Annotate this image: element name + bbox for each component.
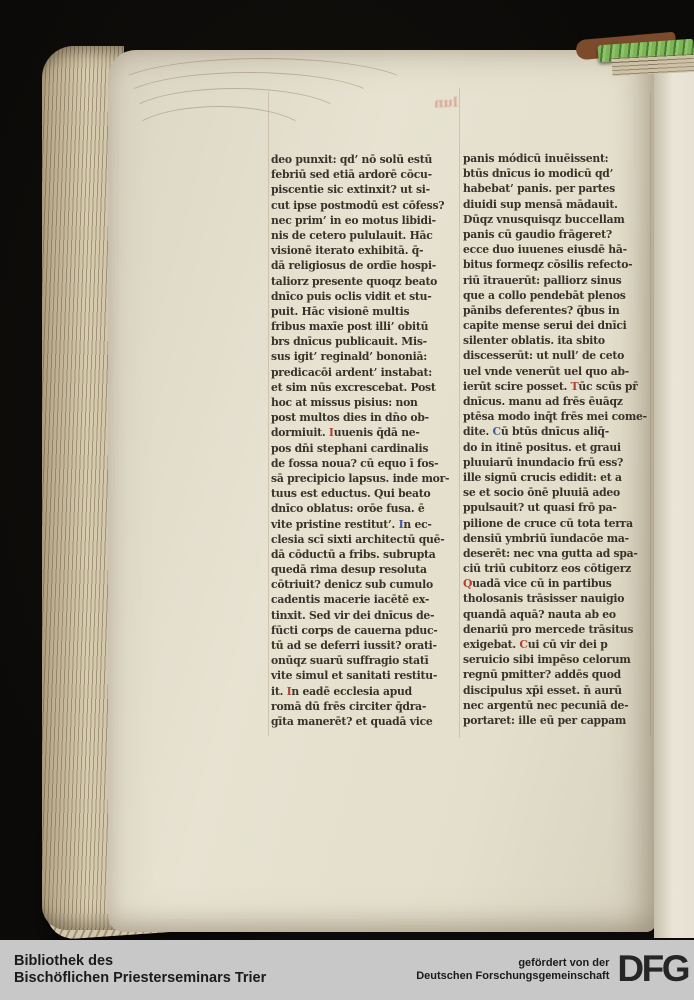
manuscript-text-line: denariū pro mercede trāsitus — [463, 622, 651, 637]
bleedthrough-mark: lun — [434, 96, 458, 112]
manuscript-text-line: cōtriuit? denicz sub cumulo — [271, 577, 457, 592]
library-credit-line1: Bibliothek des — [14, 953, 266, 971]
manuscript-text-line: se et socio ōnē pluuiā adeo — [463, 485, 651, 500]
manuscript-text-line: predicacōi ardent’ instabat: — [271, 365, 457, 380]
funding-credit-line1: gefördert von der — [416, 957, 609, 971]
dfg-logo: DFG — [617, 948, 694, 990]
manuscript-text-line: deo punxit: qd’ nō solū estū — [271, 152, 457, 167]
manuscript-text-line: cut ipse postmodū est cōfess? — [271, 198, 457, 213]
manuscript-text-line: tuus est eductus. Qui beato — [271, 486, 457, 501]
manuscript-text-line: dnīco puis oclis vidit et stu- — [271, 289, 457, 304]
manuscript-text-line: ille signū crucis edidit: et a — [463, 470, 651, 485]
manuscript-text-line: panis cū gaudio frāgeret? — [463, 227, 651, 242]
manuscript-text-line: ecce duo iuuenes eiusdē hā- — [463, 242, 651, 257]
funding-credit-line2: Deutschen Forschungsgemeinschaft — [416, 970, 609, 984]
manuscript-text-line: pilione de cruce cū tota terra — [463, 516, 651, 531]
manuscript-text-line: de fossa noua? cū equo ī fos- — [271, 456, 457, 471]
manuscript-text-line: bitus formeqz cōsilis refecto- — [463, 257, 651, 272]
manuscript-text-line: tinxit. Sed vir dei dnīcus de- — [271, 608, 457, 623]
manuscript-text-line: tū ad se deferri iussit? orati- — [271, 638, 457, 653]
manuscript-text-line: silenter oblatis. ita sbito — [463, 333, 651, 348]
manuscript-text-line: Quadā vice cū in partibus — [463, 576, 651, 591]
manuscript-text-line: quandā aquā? nauta ab eo — [463, 607, 651, 622]
manuscript-text-line: ptēsa modo inq̄t frēs mei come- — [463, 409, 651, 424]
library-credit-line2: Bischöflichen Priesterseminars Trier — [14, 970, 266, 988]
manuscript-text-line: quedā rima desup resoluta — [271, 562, 457, 577]
manuscript-text-line: panis módicū inuēissent: — [463, 151, 651, 166]
manuscript-text-line: ierūt scire posset. Tūc scūs pr̄ — [463, 379, 651, 394]
manuscript-text-line: febriū sed etiā ardorē cōcu- — [271, 167, 457, 182]
manuscript-text-line: uel vnde venerūt uel quo ab- — [463, 364, 651, 379]
ruling-line-center — [459, 88, 460, 738]
manuscript-text-line: pos dn̄i stephani cardinalis — [271, 441, 457, 456]
manuscript-text-line: nec argentū nec pecuniā de- — [463, 698, 651, 713]
manuscript-text-line: dnīcus. manu ad frēs ēuāqz — [463, 394, 651, 409]
manuscript-text-line: regnū pmitter? addēs quod — [463, 667, 651, 682]
facing-page-edge — [654, 54, 694, 938]
manuscript-text-line: puit. Hāc visionē multis — [271, 304, 457, 319]
manuscript-text-line: Dūqz vnusquisqz buccellam — [463, 212, 651, 227]
manuscript-text-line: que a collo pendebāt plenos — [463, 288, 651, 303]
manuscript-text-line: cadentis macerie iacētē ex- — [271, 592, 457, 607]
manuscript-text-line: portaret: ille eū per cappam — [463, 713, 651, 728]
manuscript-text-line: btūs dnīcus io modicū qd’ — [463, 166, 651, 181]
manuscript-text-line: dormiuit. Iuuenis q̄dā ne- — [271, 425, 457, 440]
manuscript-text-line: ciū triū cubitorz eos cōtigerz — [463, 561, 651, 576]
library-credit: Bibliothek des Bischöflichen Priestersem… — [0, 953, 266, 988]
manuscript-text-line: et sim nūs excrescebat. Post — [271, 380, 457, 395]
funding-credit: gefördert von der Deutschen Forschungsge… — [416, 957, 617, 984]
manuscript-text-line: vite pristine restitut’. In ec- — [271, 517, 457, 532]
manuscript-text-line: onūqz suarū suffragio statī — [271, 653, 457, 668]
manuscript-text-line: dite. Cū btūs dnīcus aliq̄- — [463, 424, 651, 439]
manuscript-text-line: fribus maxīe post illi’ obitū — [271, 319, 457, 334]
manuscript-text-line: capite mense serui dei dnīci — [463, 318, 651, 333]
manuscript-text-line: visionē iterato exhibitā. q̄- — [271, 243, 457, 258]
manuscript-text-line: piscentie sic extinxit? ut si- — [271, 182, 457, 197]
manuscript-text-line: ppulsauit? ut quasi frō pa- — [463, 500, 651, 515]
manuscript-text-line: riū ītrauerūt: palliorz sinus — [463, 273, 651, 288]
manuscript-text-line: vite simul et sanitati restitu- — [271, 668, 457, 683]
manuscript-text-line: gīta manerēt? et quadā vice — [271, 714, 457, 729]
manuscript-text-line: fūcti corps de cauerna pduc- — [271, 623, 457, 638]
manuscript-text-line: exigebat. Cui cū vir dei p — [463, 637, 651, 652]
manuscript-text-line: do in itinē positus. et graui — [463, 440, 651, 455]
manuscript-text-line: densiū ymbriū īundacōe ma- — [463, 531, 651, 546]
manuscript-text-line: sā precipicio lapsus. inde mor- — [271, 471, 457, 486]
manuscript-text-line: tholosanis trāsisser nauigio — [463, 591, 651, 606]
manuscript-text-line: deserēt: nec vna gutta ad spa- — [463, 546, 651, 561]
manuscript-text-line: dā cōductū a fribs. subrupta — [271, 547, 457, 562]
manuscript-text-line: hoc at missus pisius: non — [271, 395, 457, 410]
manuscript-text-line: taliorz presente quoqz beato — [271, 274, 457, 289]
footer-banner: Bibliothek des Bischöflichen Priestersem… — [0, 940, 694, 1000]
manuscript-text-line: discipulus xp̄i esset. n̄ aurū — [463, 683, 651, 698]
manuscript-text-line: it. In eadē ecclesia apud — [271, 684, 457, 699]
photo-background: lun deo punxit: qd’ nō solū estūfebriū s… — [0, 0, 694, 1000]
manuscript-text-line: nis de cetero pululauit. Hāc — [271, 228, 457, 243]
text-column-left: deo punxit: qd’ nō solū estūfebriū sed e… — [271, 152, 457, 729]
manuscript-text-line: dnīco oblatus: orōe fusa. ē — [271, 501, 457, 516]
manuscript-text-line: seruicio sibi impēso celorum — [463, 652, 651, 667]
manuscript-text-line: sus igit’ reginald’ bononiā: — [271, 349, 457, 364]
manuscript-text-line: dā religiosus de ordīe hospi- — [271, 258, 457, 273]
manuscript-text-line: diuidi sup mensā mādauit. — [463, 197, 651, 212]
manuscript-text-line: pluuiarū inundacio frū ess? — [463, 455, 651, 470]
manuscript-text-line: nec prim’ in eo motus libidi- — [271, 213, 457, 228]
manuscript-text-line: clesia scī sixti architectū quē- — [271, 532, 457, 547]
manuscript-text-line: pānibs deferentes? q̄bus in — [463, 303, 651, 318]
manuscript-text-line: habebat’ panis. per partes — [463, 181, 651, 196]
manuscript-text-line: post multos dies in dn̄o ob- — [271, 410, 457, 425]
ruling-line-left — [268, 92, 269, 736]
text-column-right: panis módicū inuēissent:btūs dnīcus io m… — [463, 151, 651, 728]
manuscript-text-line: brs dnīcus publicauit. Mis- — [271, 334, 457, 349]
manuscript-text-line: romā dū frēs circiter q̄dra- — [271, 699, 457, 714]
manuscript-text-line: discesserūt: ut null’ de ceto — [463, 348, 651, 363]
